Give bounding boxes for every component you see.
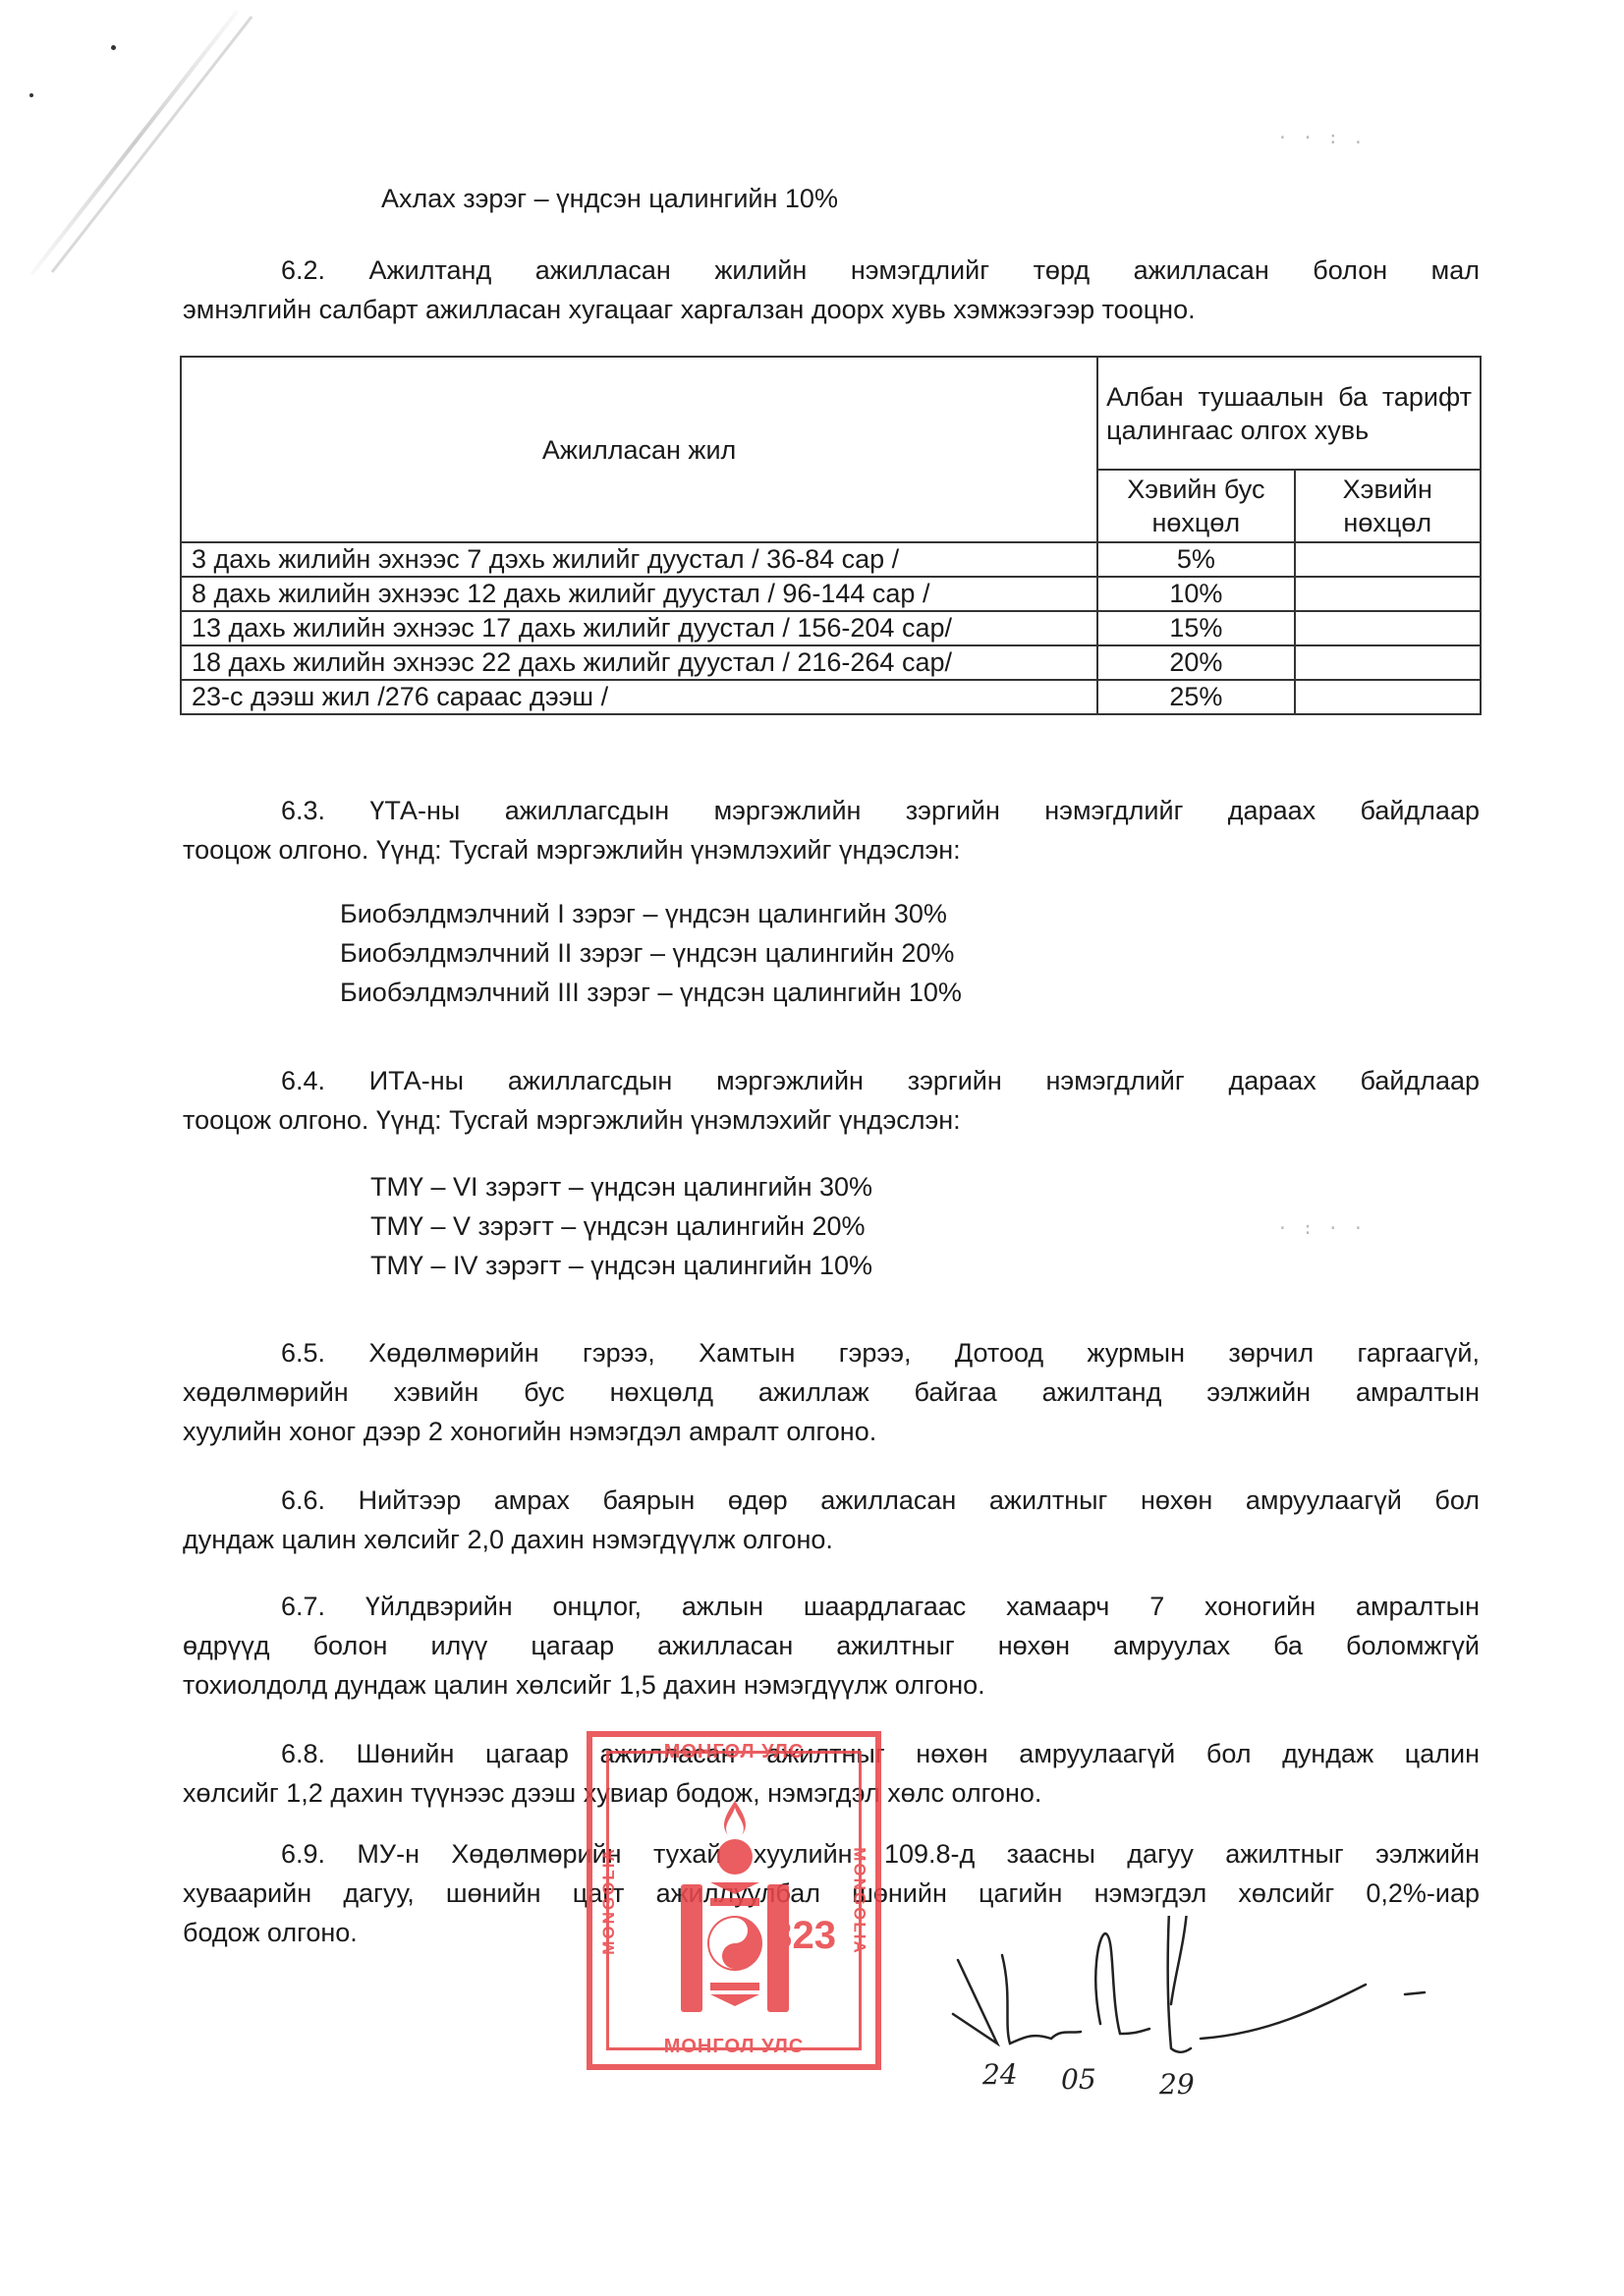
section-6-2-line-1: 6.2. Ажилтанд ажилласан жилийн нэмэгдлий… [183, 251, 1480, 290]
row-normal-value [1295, 611, 1481, 645]
list-item: Биобэлдмэлчний I зэрэг – үндсэн цалингий… [340, 894, 962, 933]
section-6-7-line-2: өдрүүд болон илүү цагаар ажилласан ажилт… [183, 1626, 1480, 1665]
section-6-7: 6.7. Үйлдвэрийн онцлог, ажлын шаардлагаа… [183, 1587, 1480, 1705]
subheader-normal-conditions: Хэвийн нөхцөл [1295, 470, 1481, 542]
scanned-document-page: Ахлах зэрэг – үндсэн цалингийн 10% 6.2. … [0, 0, 1624, 2296]
scan-speck [111, 45, 116, 50]
seniority-bonus-table: Ажилласан жил Албан тушаалын ба тарифт ц… [180, 356, 1482, 715]
section-6-4: 6.4. ИТА-ны ажиллагсдын мэргэжлийн зэрги… [183, 1061, 1480, 1140]
table-row: 23-с дээш жил /276 сараас дээш / 25% [181, 680, 1481, 714]
bleed-through-mark: · · : . [1277, 128, 1366, 148]
row-label: 18 дахь жилийн эхнээс 22 дахь жилийг дуу… [181, 645, 1097, 680]
section-6-5-line-1: 6.5. Хөдөлмөрийн гэрээ, Хамтын гэрээ, До… [183, 1333, 1480, 1372]
row-normal-value [1295, 645, 1481, 680]
soyombo-emblem-icon [671, 1796, 799, 2022]
section-6-6-line-2: дундаж цалин хөлсийг 2,0 дахин нэмэгдүүл… [183, 1520, 1480, 1559]
official-stamp: МОНГОЛ УЛС МОНГОЛ УЛС MONGOLIA MONGOLIA [587, 1731, 881, 2070]
row-abnormal-value: 25% [1097, 680, 1294, 714]
stamp-bottom-text: МОНГОЛ УЛС [592, 2036, 875, 2058]
list-item: Биобэлдмэлчний II зэрэг – үндсэн цалинги… [340, 933, 962, 973]
row-normal-value [1295, 577, 1481, 611]
scan-speck [29, 93, 33, 97]
section-6-6: 6.6. Нийтээр амрах баярын өдөр ажилласан… [183, 1481, 1480, 1559]
row-label: 13 дахь жилийн эхнээс 17 дахь жилийг дуу… [181, 611, 1097, 645]
row-label: 8 дахь жилийн эхнээс 12 дахь жилийг дуус… [181, 577, 1097, 611]
section-6-7-line-1: 6.7. Үйлдвэрийн онцлог, ажлын шаардлагаа… [183, 1587, 1480, 1626]
row-label: 3 дахь жилийн эхнээс 7 дэхь жилийг дууст… [181, 542, 1097, 577]
section-6-4-line-1: 6.4. ИТА-ны ажиллагсдын мэргэжлийн зэрги… [183, 1061, 1480, 1100]
stamp-number: 323 [770, 1914, 836, 1958]
row-normal-value [1295, 542, 1481, 577]
intro-line: Ахлах зэрэг – үндсэн цалингийн 10% [381, 179, 838, 218]
signature-date-year: 29 [1159, 2068, 1195, 2100]
section-6-6-line-1: 6.6. Нийтээр амрах баярын өдөр ажилласан… [183, 1481, 1480, 1520]
list-item: ТМҮ – V зэрэгт – үндсэн цалингийн 20% [370, 1206, 872, 1246]
row-abnormal-value: 15% [1097, 611, 1294, 645]
section-6-4-line-2: тооцож олгоно. Үүнд: Тусгай мэргэжлийн ү… [183, 1100, 1480, 1140]
signature-date-day: 24 [982, 2058, 1018, 2091]
header-percent: Албан тушаалын ба тарифт цалингаас олгох… [1097, 357, 1481, 470]
section-6-7-line-3: тохиолдолд дундаж цалин хөлсийг 1,5 дахи… [183, 1665, 1480, 1705]
section-6-4-list: ТМҮ – VI зэрэгт – үндсэн цалингийн 30% Т… [370, 1167, 872, 1285]
bleed-through-mark: · : · · [1277, 1218, 1366, 1239]
section-6-3-list: Биобэлдмэлчний I зэрэг – үндсэн цалингий… [340, 894, 962, 1012]
scan-streak-artifact [51, 16, 253, 273]
list-item: ТМҮ – VI зэрэгт – үндсэн цалингийн 30% [370, 1167, 872, 1206]
section-6-2-line-2: эмнэлгийн салбарт ажилласан хугацааг хар… [183, 290, 1480, 329]
stamp-right-text: MONGOLIA [849, 1847, 868, 1955]
list-item: ТМҮ – IV зэрэгт – үндсэн цалингийн 10% [370, 1246, 872, 1285]
scan-streak-artifact [30, 10, 239, 275]
section-6-5: 6.5. Хөдөлмөрийн гэрээ, Хамтын гэрээ, До… [183, 1333, 1480, 1451]
table-row: 3 дахь жилийн эхнээс 7 дэхь жилийг дууст… [181, 542, 1481, 577]
stamp-left-text: MONGOLIA [599, 1847, 619, 1955]
section-6-2: 6.2. Ажилтанд ажилласан жилийн нэмэгдлий… [183, 251, 1480, 329]
table-row: 8 дахь жилийн эхнээс 12 дахь жилийг дуус… [181, 577, 1481, 611]
row-abnormal-value: 10% [1097, 577, 1294, 611]
list-item: Биобэлдмэлчний III зэрэг – үндсэн цалинг… [340, 973, 962, 1012]
section-6-5-line-2: хөдөлмөрийн хэвийн бус нөхцөлд ажиллаж б… [183, 1372, 1480, 1412]
table-row: 13 дахь жилийн эхнээс 17 дахь жилийг дуу… [181, 611, 1481, 645]
table-row: 18 дахь жилийн эхнээс 22 дахь жилийг дуу… [181, 645, 1481, 680]
stamp-top-text: МОНГОЛ УЛС [592, 1741, 875, 1764]
signature-date-month: 05 [1061, 2063, 1096, 2096]
row-label: 23-с дээш жил /276 сараас дээш / [181, 680, 1097, 714]
section-6-3-line-2: тооцож олгоно. Үүнд: Тусгай мэргэжлийн ү… [183, 830, 1480, 869]
row-abnormal-value: 20% [1097, 645, 1294, 680]
section-6-3: 6.3. ҮТА-ны ажиллагсдын мэргэжлийн зэрги… [183, 791, 1480, 869]
header-years-worked: Ажилласан жил [181, 357, 1097, 542]
section-6-3-line-1: 6.3. ҮТА-ны ажиллагсдын мэргэжлийн зэрги… [183, 791, 1480, 830]
row-abnormal-value: 5% [1097, 542, 1294, 577]
handwritten-signature-icon [943, 1916, 1454, 2112]
subheader-abnormal-conditions: Хэвийн бус нөхцөл [1097, 470, 1294, 542]
table-header-row: Ажилласан жил Албан тушаалын ба тарифт ц… [181, 357, 1481, 470]
section-6-5-line-3: хуулийн хоног дээр 2 хоногийн нэмэгдэл а… [183, 1412, 1480, 1451]
row-normal-value [1295, 680, 1481, 714]
